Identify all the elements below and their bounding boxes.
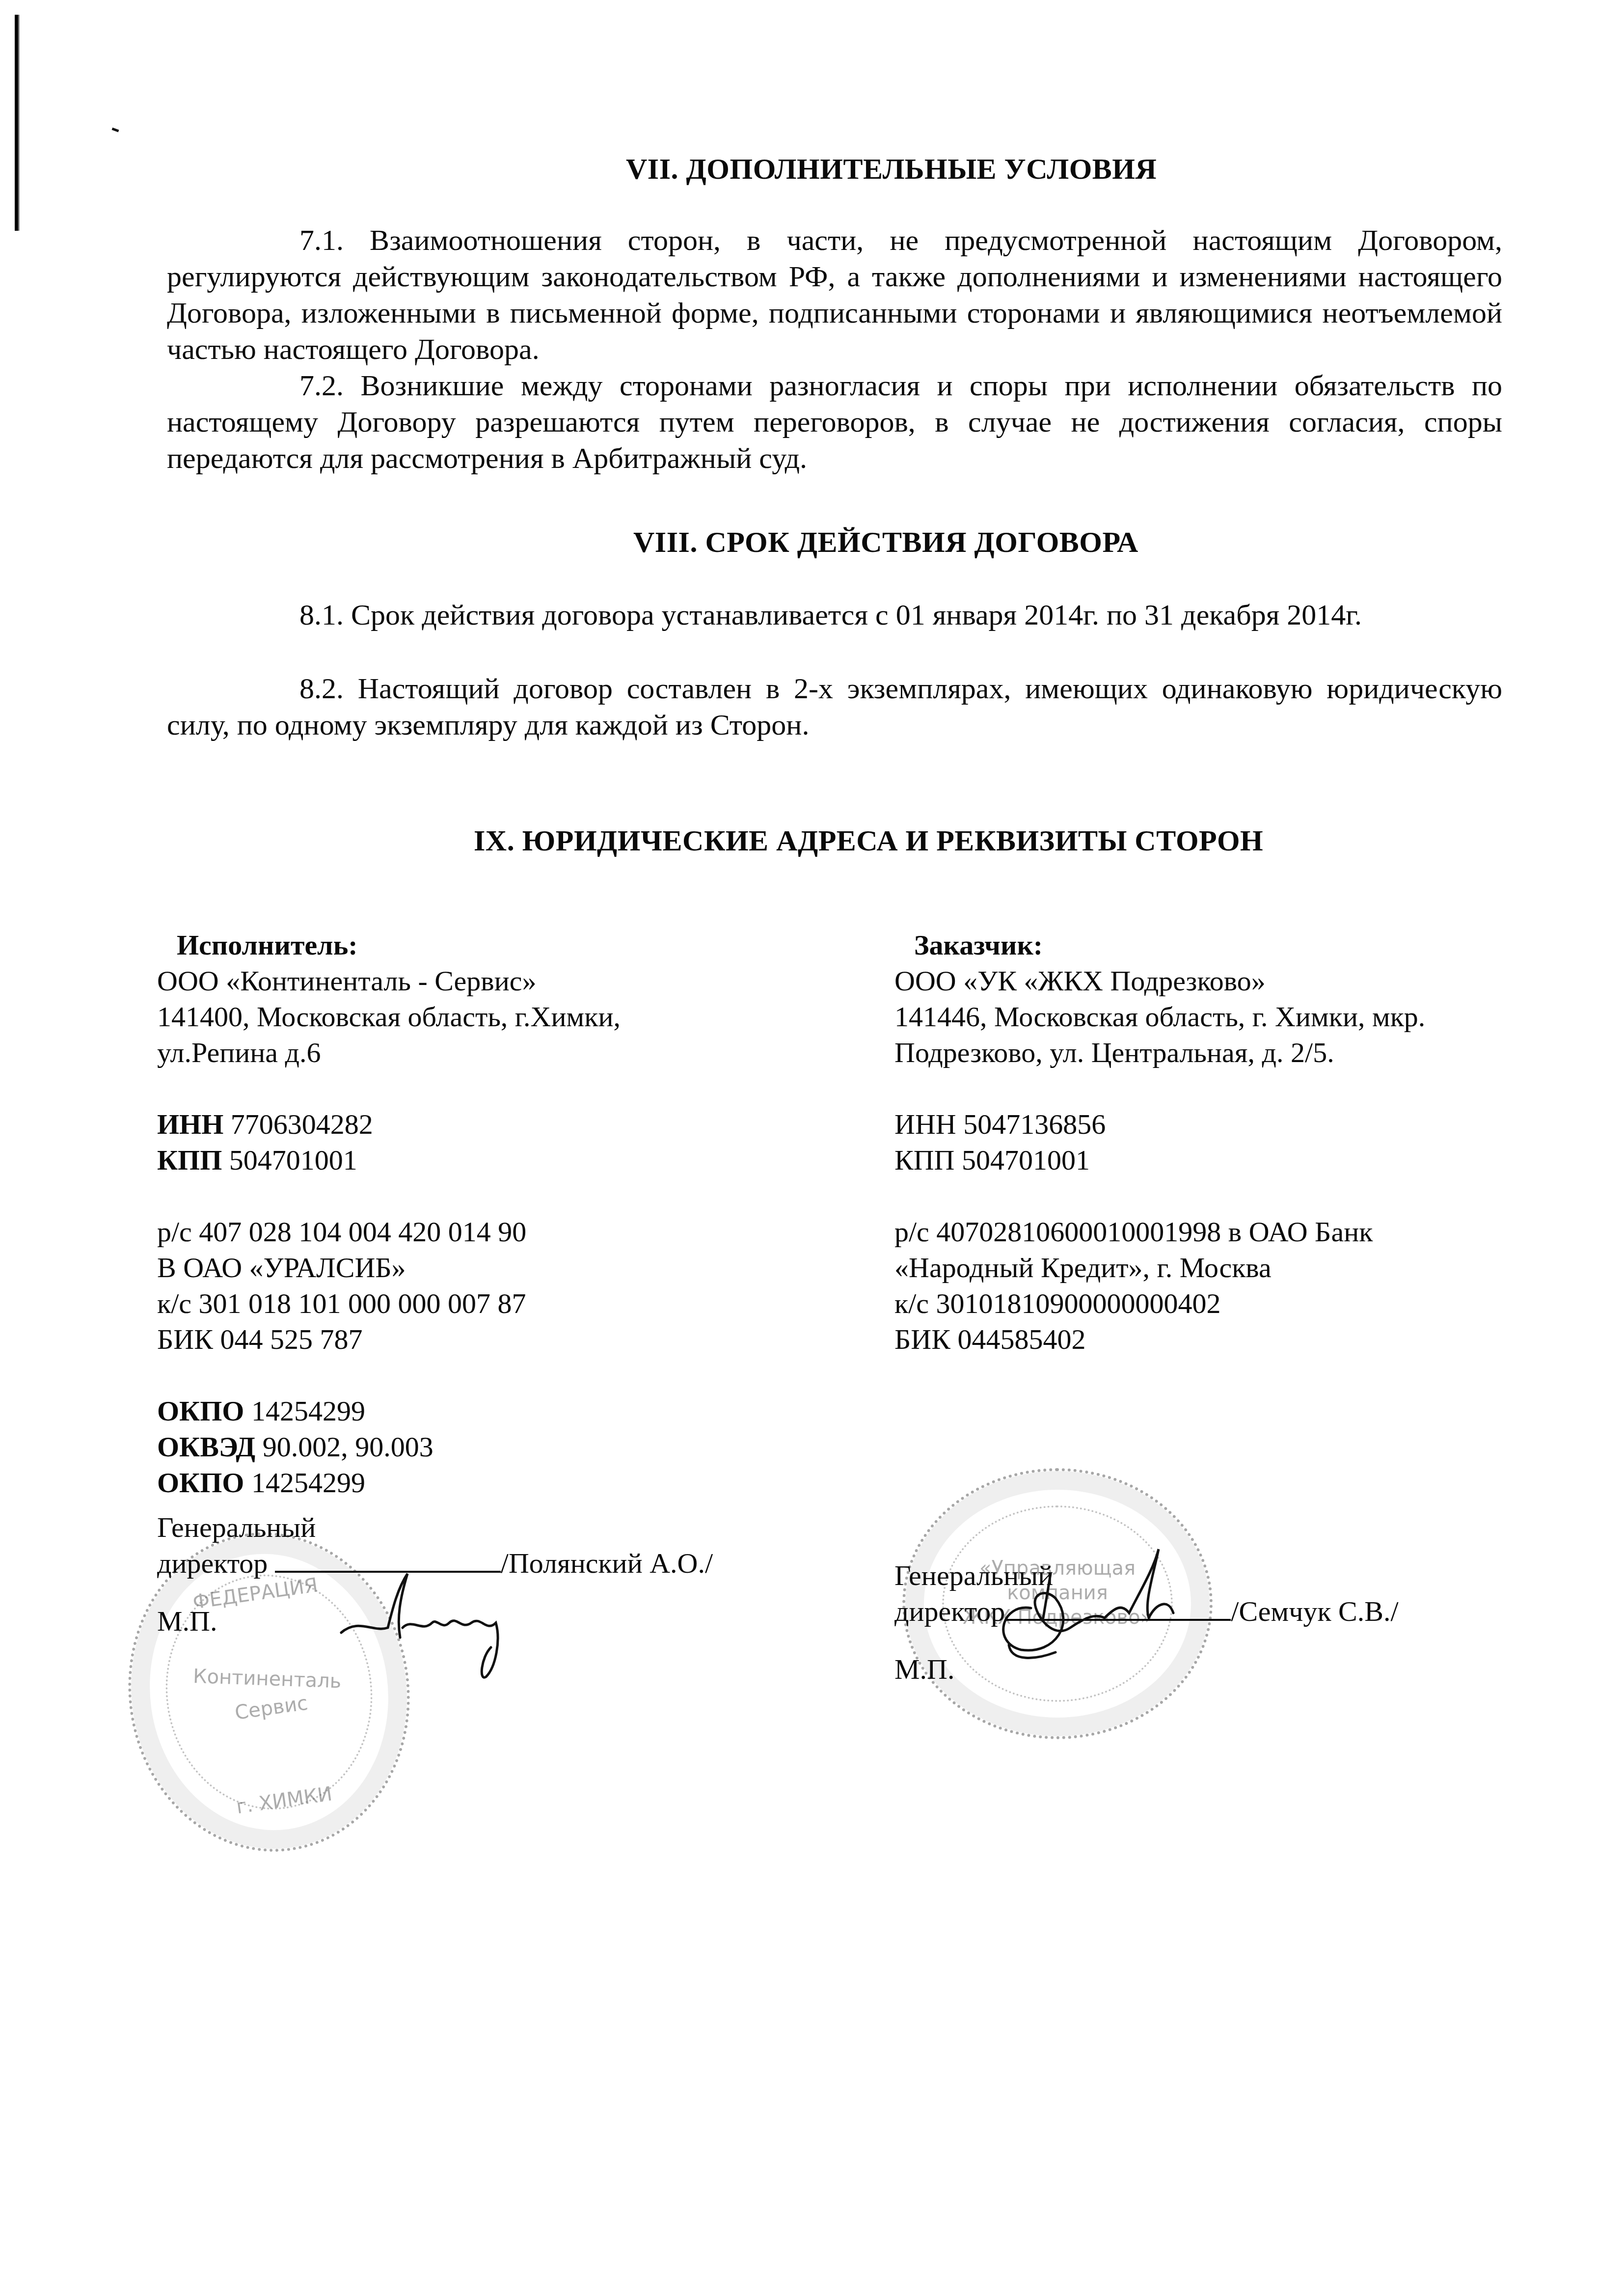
customer-kpp: КПП 504701001 xyxy=(894,1142,1425,1178)
okpo-value: 14254299 xyxy=(251,1395,365,1427)
okved-label: ОКВЭД xyxy=(157,1431,255,1463)
kpp-label: КПП xyxy=(157,1144,222,1176)
customer-address-line1: 141446, Московская область, г. Химки, мк… xyxy=(894,999,1425,1035)
paragraph-8-2: 8.2. Настоящий договор составлен в 2-х э… xyxy=(167,670,1502,743)
inn-label: ИНН xyxy=(157,1108,223,1140)
customer-name: ООО «УК «ЖКХ Подрезково» xyxy=(894,963,1425,999)
contractor-okpo: ОКПО 14254299 xyxy=(157,1393,713,1429)
scan-edge-artifact xyxy=(15,15,20,231)
paragraph-7-1: 7.1. Взаимоотношения сторон, в части, не… xyxy=(167,222,1502,367)
contractor-name: ООО «Континенталь - Сервис» xyxy=(157,963,713,999)
okpo-label: ОКПО xyxy=(157,1467,244,1499)
customer-details: Заказчик: ООО «УК «ЖКХ Подрезково» 14144… xyxy=(894,927,1425,1357)
customer-corr-account: к/с 30101810900000000402 xyxy=(894,1285,1425,1321)
contractor-corr-account: к/с 301 018 101 000 000 007 87 xyxy=(157,1285,713,1321)
signatory-name: /Семчук С.В./ xyxy=(1231,1595,1398,1627)
inn-value: 7706304282 xyxy=(231,1108,373,1140)
contractor-signature xyxy=(339,1559,535,1687)
contractor-position-line1: Генеральный xyxy=(157,1509,713,1545)
contractor-role-label: Исполнитель: xyxy=(157,927,713,963)
position-label: директор xyxy=(157,1547,268,1579)
customer-bank: «Народный Кредит», г. Москва xyxy=(894,1250,1425,1285)
contractor-account: р/с 407 028 104 004 420 014 90 xyxy=(157,1214,713,1250)
customer-address-line2: Подрезково, ул. Центральная, д. 2/5. xyxy=(894,1035,1425,1070)
section-heading-viii: VIII. СРОК ДЕЙСТВИЯ ДОГОВОРА xyxy=(633,525,1138,559)
customer-inn: ИНН 5047136856 xyxy=(894,1106,1425,1142)
paragraph-7-2: 7.2. Возникшие между сторонами разноглас… xyxy=(167,367,1502,476)
section-heading-ix: IX. ЮРИДИЧЕСКИЕ АДРЕСА И РЕКВИЗИТЫ СТОРО… xyxy=(474,824,1263,858)
customer-bik: БИК 044585402 xyxy=(894,1321,1425,1357)
contractor-okpo-repeat: ОКПО 14254299 xyxy=(157,1465,713,1501)
okved-value: 90.002, 90.003 xyxy=(263,1431,433,1463)
section-heading-vii: VII. ДОПОЛНИТЕЛЬНЫЕ УСЛОВИЯ xyxy=(626,152,1157,186)
contractor-bank: В ОАО «УРАЛСИБ» xyxy=(157,1250,713,1285)
customer-signature xyxy=(957,1544,1232,1667)
contractor-okved: ОКВЭД 90.002, 90.003 xyxy=(157,1429,713,1465)
contractor-address-line2: ул.Репина д.6 xyxy=(157,1035,713,1070)
contractor-details: Исполнитель: ООО «Континенталь - Сервис»… xyxy=(157,927,713,1639)
paragraph-8-1: 8.1. Срок действия договора устанавливае… xyxy=(167,597,1502,633)
contractor-kpp: КПП 504701001 xyxy=(157,1142,713,1178)
okpo-label: ОКПО xyxy=(157,1395,244,1427)
customer-account: р/с 40702810600010001998 в ОАО Банк xyxy=(894,1214,1425,1250)
okpo-value: 14254299 xyxy=(251,1467,365,1499)
contractor-address-line1: 141400, Московская область, г.Химки, xyxy=(157,999,713,1035)
customer-role-label: Заказчик: xyxy=(894,927,1425,963)
contractor-inn: ИНН 7706304282 xyxy=(157,1106,713,1142)
scan-speck xyxy=(112,128,119,132)
contractor-bik: БИК 044 525 787 xyxy=(157,1321,713,1357)
kpp-value: 504701001 xyxy=(229,1144,357,1176)
